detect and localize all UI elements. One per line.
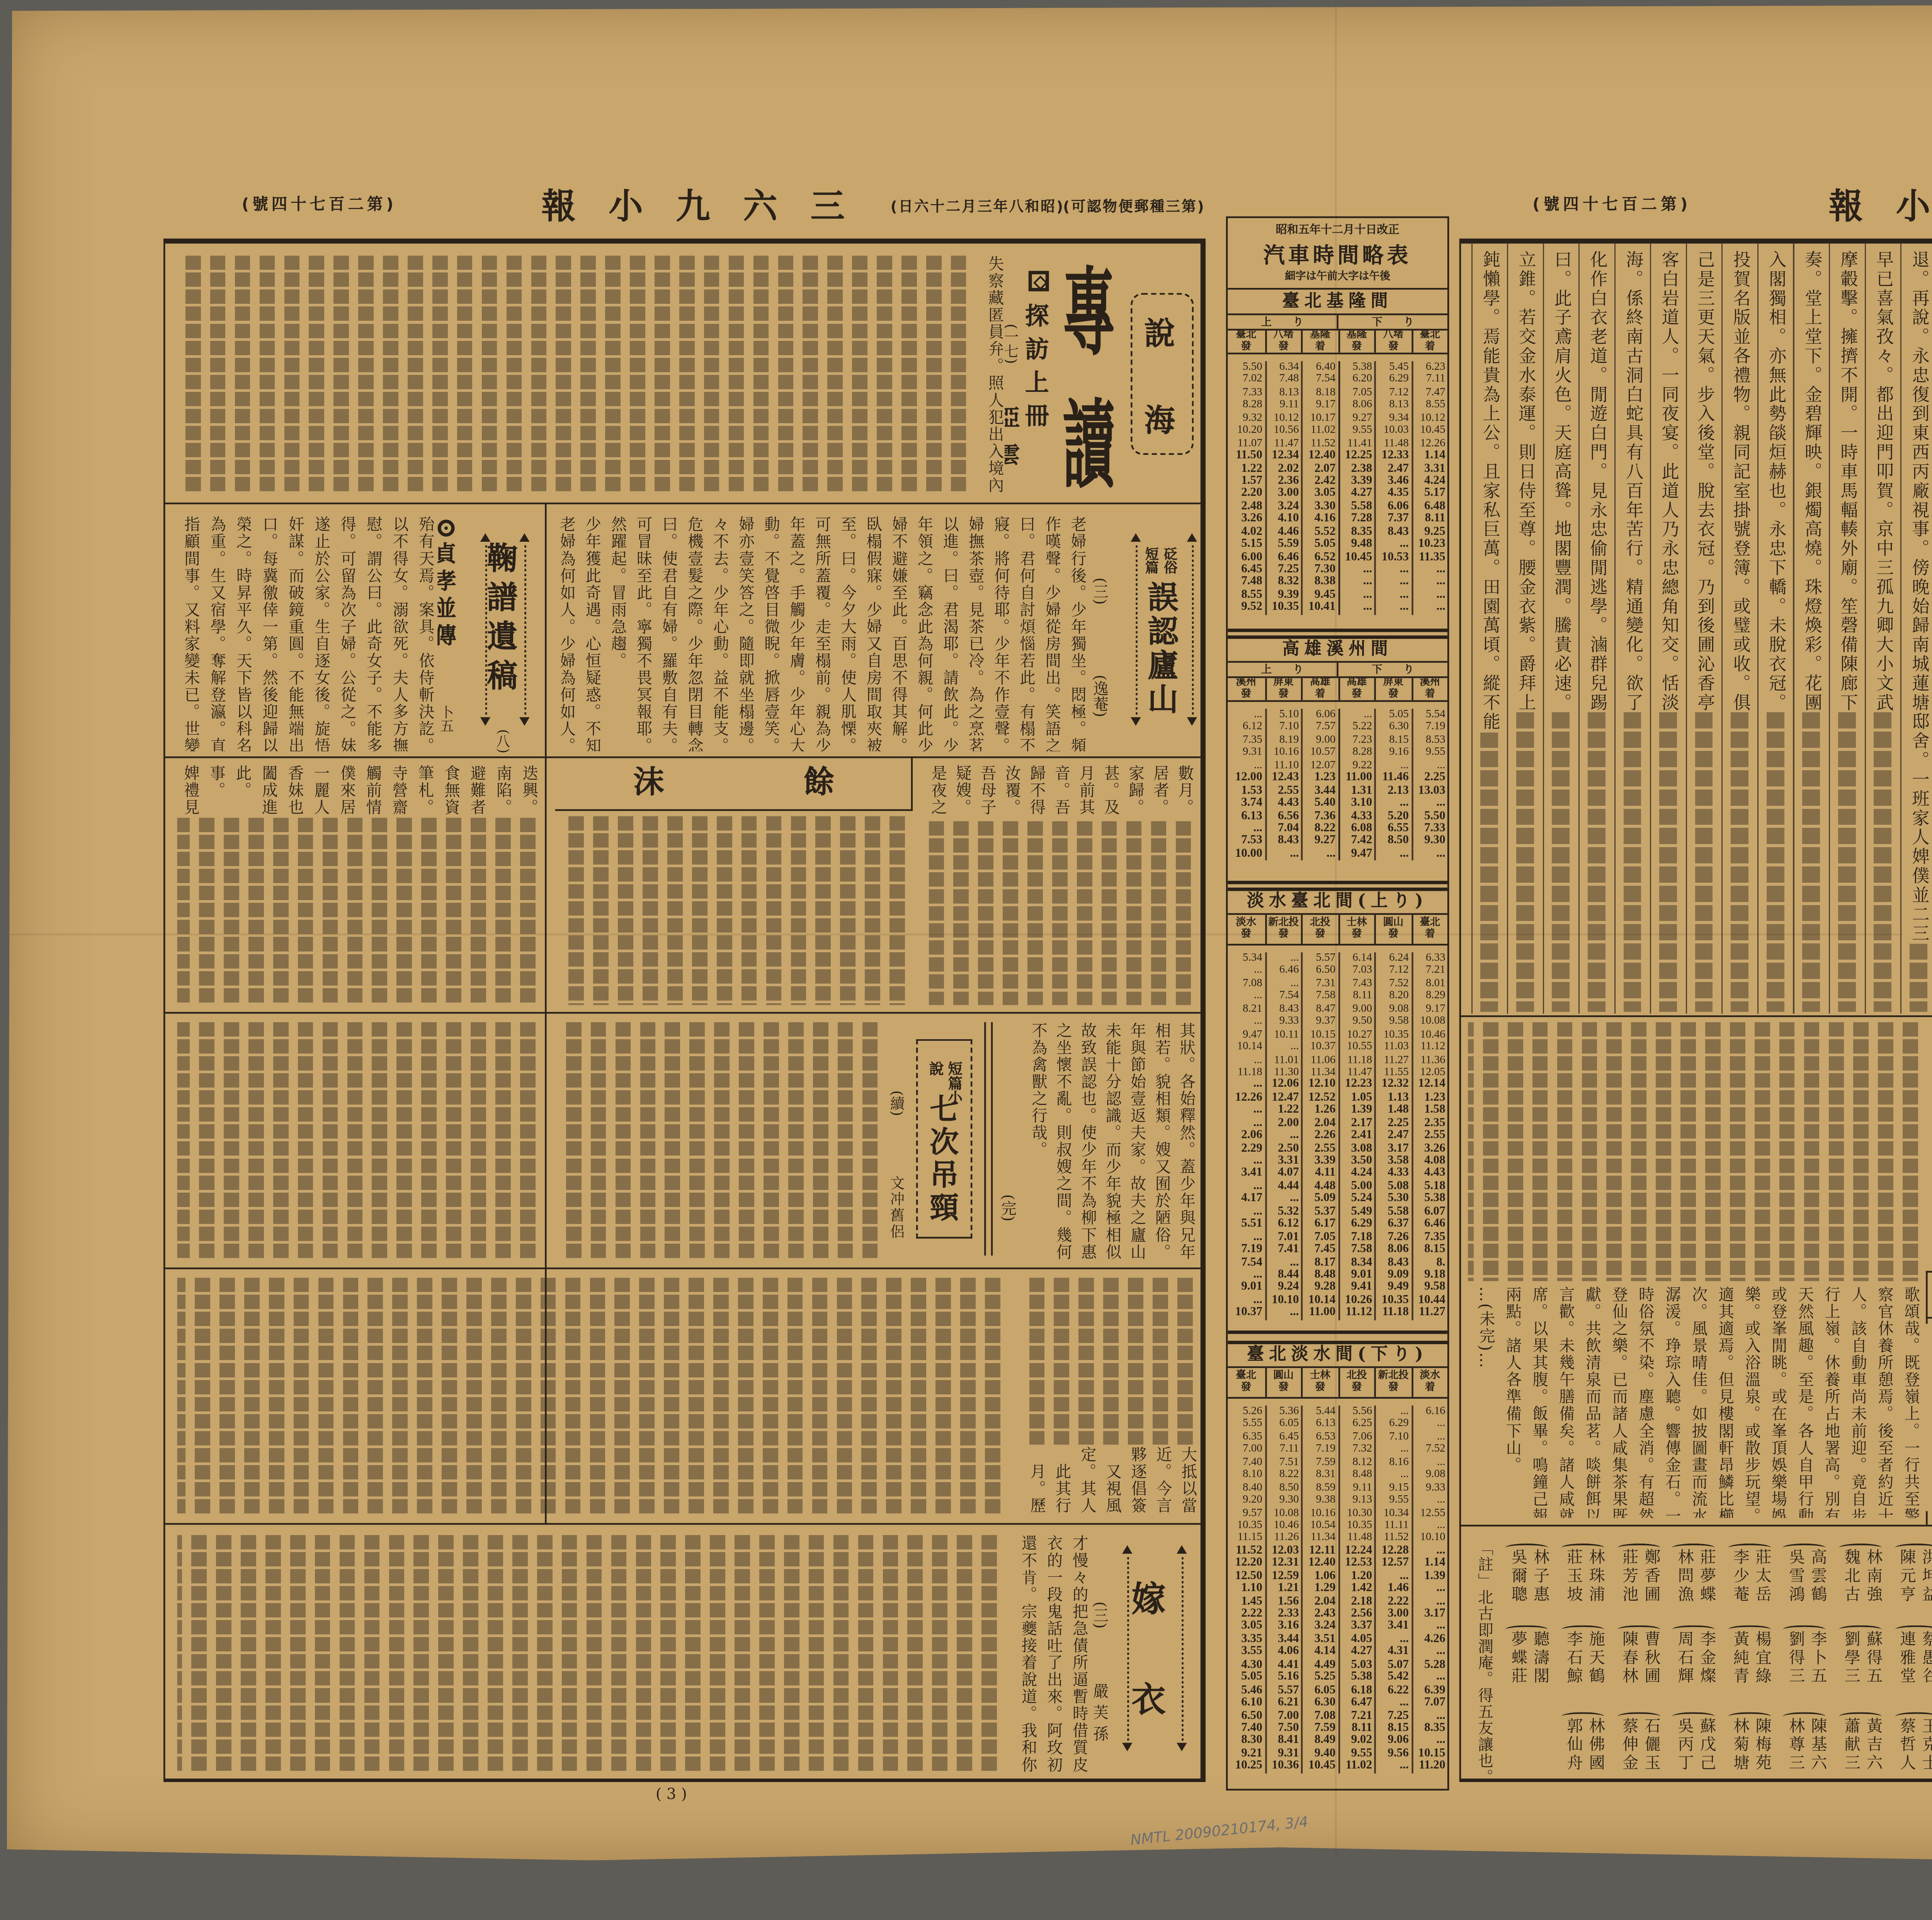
time-cell: 7.57 [1301,722,1338,734]
column-header-row: 淡水發新北投發北投發士林發圓山發臺北着 [1228,915,1447,945]
time-cell: ... [1374,1406,1411,1418]
time-cell: 3.00 [1264,488,1301,500]
person-name: 莊太岳 [1750,1549,1772,1604]
issue-number: (第二百七十四號) [1532,197,1687,214]
time-cell: 3.39 [1301,1155,1338,1168]
time-cell: 4.05 [1338,1634,1374,1646]
timetable-row: 8.408.508.599.119.159.33 [1228,1481,1447,1494]
time-cell: 7.10 [1264,722,1301,734]
timetable-row: 8.218.438.479.009.089.17 [1228,1003,1447,1016]
time-cell: 5.58 [1374,1206,1411,1219]
time-cell: 12.53 [1338,1557,1374,1570]
time-cell: 3.24 [1264,500,1301,513]
person-name: 李金燦 [1694,1631,1716,1686]
timetable-row: 10.00......9.47...... [1228,848,1447,861]
time-cell: 6.37 [1374,1219,1411,1231]
time-cell: 9.16 [1374,747,1411,759]
time-cell: ... [1228,709,1264,722]
name-pair: 楊宜綠黃純青 [1726,1631,1772,1692]
time-cell: ... [1411,848,1447,861]
time-cell: 12.24 [1338,1545,1374,1557]
header-line: 溪州 [1236,678,1256,689]
time-cell: 5.42 [1374,1671,1411,1684]
time-cell: 8.32 [1264,577,1301,589]
row-rule [1459,1525,1932,1526]
time-cell: 8.30 [1228,1735,1264,1748]
masthead-title: 三六九小報 [1829,187,1932,225]
time-cell: 9.30 [1411,836,1447,848]
person-name: 蔡愚谷 [1917,1631,1932,1686]
name-pair: 蘇得五劉學三 [1837,1631,1883,1692]
timetable-row: 3.053.163.243.373.41... [1228,1621,1447,1634]
time-cell: 9.33 [1264,1016,1301,1028]
time-cell: 6.50 [1301,965,1338,978]
time-cell: 9.11 [1264,399,1301,412]
time-cell: 6.53 [1301,1431,1338,1443]
time-cell: 8.35 [1338,526,1374,539]
time-cell: 10.55 [1338,1041,1374,1054]
column-header: 基隆發 [1338,330,1374,352]
timetable-row: 6.006.466.5210.4510.5311.35 [1228,551,1447,564]
time-cell: 10.16 [1264,747,1301,759]
text-column: 然躍起。冒雨急趨。 [604,516,629,670]
time-cell: 5.40 [1301,797,1338,810]
time-cell: 9.08 [1374,1003,1411,1016]
person-name: 吳雪鴻 [1783,1549,1805,1604]
time-cell: 12.20 [1228,1557,1264,1570]
time-cell: 3.74 [1228,797,1264,810]
time-cell: 3.00 [1374,1608,1411,1621]
time-cell: 5.26 [1228,1406,1264,1418]
time-cell: 11.12 [1411,1041,1447,1054]
person-name: 李少菴 [1728,1549,1750,1604]
header-line: 着 [1315,689,1325,700]
time-cell: 2.55 [1301,1142,1338,1155]
time-cell: 10.46 [1264,1520,1301,1532]
time-cell: 5.22 [1338,722,1374,734]
time-cell: 2.04 [1301,1117,1338,1130]
direction-row: 上 り下 り [1228,315,1447,331]
wurenlushan-title: 誤認廬山 [1144,581,1182,717]
timetable-row: 11.5012.3412.4012.2512.331.14 [1228,450,1447,463]
time-cell: 8.22 [1301,823,1338,836]
timetable-row: 3.353.443.514.05...4.26 [1228,1634,1447,1646]
time-cell: 8.28 [1338,747,1374,759]
timetable-row: 6.507.007.087.217.25... [1228,1710,1447,1723]
time-cell: 13.03 [1411,785,1447,798]
time-cell: 8.17 [1301,1256,1338,1269]
time-cell: 5.34 [1228,952,1264,965]
time-cell: 6.45 [1264,1431,1301,1443]
time-cell: 12.11 [1301,1545,1338,1557]
timetable-row: 7.358.199.007.238.158.53 [1228,734,1447,747]
time-cell: ... [1338,564,1374,577]
column-header: 士林發 [1301,1368,1338,1397]
time-cell: 4.16 [1301,513,1338,526]
wurenlushan-continued-block: 數月。居者。家歸。甚。及月前其音。吾歸不得汝覆。吾母子疑嫂。是夜之 [923,765,1195,823]
time-cell: ... [1411,797,1447,810]
person-name: 陳元亨 [1895,1549,1917,1604]
timetable-row: 2.222.332.432.563.003.17 [1228,1608,1447,1621]
time-cell: 3.05 [1228,1621,1264,1634]
text-column: 迭興。 [515,765,541,816]
time-cell: 6.23 [1411,361,1447,374]
time-cell: 6.12 [1228,722,1264,734]
time-cell: 12.05 [1411,1066,1447,1079]
time-cell: 11.15 [1228,1532,1264,1545]
yumo-heading: 餘沫 [633,765,834,802]
time-cell: 7.06 [1338,1431,1374,1443]
row-rule [163,1012,1206,1013]
time-cell: ... [1228,1206,1264,1219]
time-cell: 5.25 [1301,1671,1338,1684]
time-cell: 7.04 [1264,823,1301,836]
time-cell: 2.22 [1228,1608,1264,1621]
time-cell: 1.39 [1411,1570,1447,1583]
time-cell: ... [1411,577,1447,589]
text-column: 年與節始壹返夫家。故夫之廬山。 [1122,1022,1147,1261]
time-cell: 4.33 [1338,810,1374,823]
person-name: 高雲鶴 [1806,1549,1828,1604]
time-cell: ... [1228,1117,1264,1130]
time-cell: 10.57 [1301,747,1338,759]
name-pair: 莊太岳李少菴 [1726,1549,1772,1610]
triangle-down-icon [1187,717,1197,726]
header-line: 發 [1241,689,1251,700]
time-cell: ... [1374,797,1411,810]
time-cell: ... [1338,602,1374,614]
header-line: 臺北 [1236,1371,1256,1382]
time-cell: ... [1374,589,1411,602]
time-cell: 10.26 [1338,1294,1374,1307]
header-line: 發 [1278,689,1289,700]
time-cell: 9.00 [1301,734,1338,747]
timetable-row: 4.304.414.495.035.075.28 [1228,1659,1447,1671]
time-cell: 8.34 [1338,1256,1374,1269]
person-name: 周石輝 [1672,1631,1694,1686]
text-column: 老婦行後。少年獨坐。悶極。頻 [1063,516,1089,751]
time-cell: 7.54 [1228,1256,1264,1269]
time-cell: 6.46 [1264,551,1301,564]
timetable-row: 7.007.117.197.32...7.52 [1228,1443,1447,1456]
text-column: 或登峯閒眺。或在峯頂娛樂場娛 [1763,1286,1790,1518]
time-cell: 10.12 [1264,412,1301,425]
person-name: 魏北古 [1839,1549,1861,1604]
time-cell: 7.40 [1228,1722,1264,1735]
time-cell: 11.55 [1374,1066,1411,1079]
text-column: 歌頌哉。既登嶺上。一行共至警 [1896,1286,1923,1518]
time-cell: 7.45 [1301,1244,1338,1256]
time-cell: 5.38 [1338,1671,1374,1684]
time-cell: 10.03 [1374,424,1411,437]
person-name: 李石鯨 [1561,1631,1583,1686]
time-cell: 11.10 [1264,759,1301,772]
person-name: 蔡哲人 [1895,1717,1917,1772]
column-header: 基隆着 [1301,330,1338,352]
header-line: 臺北 [1236,330,1256,342]
timetable-row: ...11.0111.0611.1811.2711.36 [1228,1054,1447,1066]
time-cell: 9.17 [1301,399,1338,412]
canxia-text-block: 唐。楊太眞有義髻。今人沿之。有義眼。義齒。義手。義足之稱。豈古之所謂「義」。即今… [1923,1324,1932,1516]
time-cell: 10.34 [1374,1507,1411,1520]
time-cell: 3.26 [1228,513,1264,526]
time-cell: 4.06 [1264,1646,1301,1659]
direction-row: 上 り下 り [1228,663,1447,678]
text-column: 定。其人 [1072,1447,1097,1515]
time-cell: 12.32 [1374,1079,1411,1092]
time-cell: 5.07 [1374,1659,1411,1671]
time-cell: 1.45 [1228,1596,1264,1609]
time-cell: ... [1228,1079,1264,1092]
time-cell: 3.17 [1374,1142,1411,1155]
time-cell: 11.35 [1411,551,1447,564]
time-cell: 3.44 [1301,785,1338,798]
text-column: 兩點。諸人各準備下山。 [1497,1286,1524,1474]
time-cell: ... [1411,1621,1447,1634]
timetable-row: 5.516.126.176.296.376.46 [1228,1219,1447,1231]
illegible-text-texture [1468,1022,1923,1281]
time-cell: 6.24 [1374,952,1411,965]
timetable-tamsui-taipei-up: 淡水臺北間(上り)淡水發新北投發北投發士林發圓山發臺北着5.34...5.576… [1228,888,1447,1334]
time-cell: 6.21 [1264,1697,1301,1710]
time-cell: 5.05 [1228,1671,1264,1684]
time-cell: 3.26 [1411,1142,1447,1155]
person-name: 林子惠 [1528,1549,1550,1604]
illegible-text-texture [177,1278,1005,1515]
time-cell: 11.30 [1264,1066,1301,1079]
time-cell: 10.35 [1374,1028,1411,1041]
time-cell: 4.30 [1228,1659,1264,1671]
time-cell: 11.46 [1374,772,1411,785]
timetable-row: ...7.017.057.187.267.35 [1228,1231,1447,1244]
time-cell: 8.29 [1411,991,1447,1003]
time-cell: 8.47 [1301,1003,1338,1016]
time-cell: 3.30 [1301,500,1338,513]
column-header: 圓山發 [1374,915,1411,944]
jiayi-episode: (三) [1093,1602,1110,1629]
time-cell: 1.58 [1411,1105,1447,1117]
time-cell: 12.31 [1264,1557,1301,1570]
triangle-up-icon [1122,1545,1132,1554]
time-cell: 12.26 [1228,1092,1264,1105]
timetable-row: 6.136.567.364.335.205.50 [1228,810,1447,823]
column-header: 八堵發 [1374,330,1411,352]
time-cell: 7.08 [1228,978,1264,991]
column-header: 高雄發 [1338,678,1374,700]
name-pairs-tier: 王克士蔡哲人黃吉六蕭献三陳基六林尊三陳梅苑林菊塘蘇戊己吳丙丁石儷玉蔡伸金林佛國郭… [1468,1717,1932,1779]
name-pair: 蘇戊己吳丙丁 [1671,1717,1717,1779]
masthead-title: 三六九小報 [541,187,844,225]
time-cell: 4.17 [1228,1193,1264,1206]
column-header: 新北投發 [1264,915,1301,944]
time-cell: ... [1411,1418,1447,1431]
time-cell: 8.15 [1374,1722,1411,1735]
time-cell: 6.29 [1338,1219,1374,1231]
timetable-body: ...5.106.06...5.055.546.127.107.575.226.… [1228,702,1447,880]
time-cell: 4.10 [1264,513,1301,526]
text-column: 適其適焉。但見樓閣軒昂鱗比櫛 [1710,1286,1736,1518]
end-mark: (完) [1001,1194,1018,1222]
text-column: 又視風 [1097,1464,1122,1515]
person-name: 鄭香圃 [1639,1549,1661,1604]
time-cell: 7.26 [1374,1231,1411,1244]
text-column: 南陷。 [488,765,514,816]
timetable-row: 6.356.456.537.067.10... [1228,1431,1447,1443]
person-name: 石儷玉 [1639,1717,1661,1772]
time-cell: 1.14 [1411,450,1447,463]
time-cell: 7.53 [1228,836,1264,848]
time-cell: 9.49 [1374,1282,1411,1295]
time-cell: 2.50 [1264,1142,1301,1155]
time-cell: 4.43 [1411,1168,1447,1181]
illegible-text-texture [177,1535,1001,1772]
text-column: 摩轂擊。擁擠不開。一時車馬輻輳外廟。笙磬備陳廊下 [1830,250,1862,713]
time-cell: 9.06 [1374,1735,1411,1748]
timetable-row: 9.4710.1110.1510.2710.3510.46 [1228,1028,1447,1041]
timetable-row: 1.451.562.042.182.22... [1228,1596,1447,1609]
text-column: 遂止於公家。生自逐女後。旋悟 [307,516,333,751]
time-cell: 2.25 [1411,772,1447,785]
time-cell: 2.55 [1264,785,1301,798]
time-cell: 6.56 [1264,810,1301,823]
person-name: 郭仙舟 [1561,1717,1583,1772]
text-column: 闔成進 [254,765,280,816]
time-cell: 11.47 [1264,437,1301,450]
time-cell: 9.57 [1228,1507,1264,1520]
time-cell: 6.00 [1228,551,1264,564]
person-name: 王克士 [1917,1717,1932,1772]
header-line: 圓山 [1383,918,1403,929]
time-cell: 8.53 [1411,734,1447,747]
time-cell: 9.33 [1411,1481,1447,1494]
time-cell: 12.03 [1264,1545,1301,1557]
time-cell: 3.55 [1228,1646,1264,1659]
time-cell: 4.33 [1374,1168,1411,1181]
text-column: 察官休養所憩焉。後至者約近十 [1869,1286,1896,1518]
time-cell: 8.20 [1374,991,1411,1003]
name-pair: 林南強魏北古 [1837,1549,1883,1610]
wurenlushan-author: (逸菴) [1092,675,1110,717]
time-cell: 7.32 [1338,1443,1374,1456]
text-column: 危機壹髮之際。少年忽閉目轉念 [680,516,706,751]
time-cell: 7.10 [1374,1431,1411,1443]
square-mark-icon [1029,271,1049,291]
time-cell: 6.16 [1411,1406,1447,1418]
jupu-subtitle: 貞孝並傳 [436,542,458,651]
time-cell: 7.48 [1264,374,1301,386]
time-cell: ... [1228,1294,1264,1307]
time-cell: 1.56 [1264,1596,1301,1609]
time-cell: 1.48 [1374,1105,1411,1117]
time-cell: 8.50 [1264,1481,1301,1494]
timetable-row: 7.338.138.187.057.127.47 [1228,386,1447,399]
time-cell: 12.14 [1411,1079,1447,1092]
illegible-text-texture [562,816,909,1005]
time-cell: ... [1411,1646,1447,1659]
person-name: 蔡伸金 [1617,1717,1639,1772]
time-cell: 9.55 [1374,1494,1411,1507]
time-cell: 9.21 [1228,1748,1264,1760]
timetable-row: 3.264.104.167.287.378.11 [1228,513,1447,526]
time-cell: 5.03 [1338,1659,1374,1671]
time-cell: 6.20 [1338,374,1374,386]
time-cell: 4.14 [1301,1646,1338,1659]
text-column: 夥逐倡簽 [1122,1447,1148,1515]
person-name: 吳丙丁 [1672,1717,1694,1772]
timetable-body: 5.34...5.576.146.246.33...6.466.507.037.… [1228,946,1447,1331]
time-cell: 5.08 [1374,1180,1411,1193]
circle-mark-icon [438,519,455,536]
header-line: 圓山 [1273,1371,1294,1382]
time-cell: 6.05 [1301,1684,1338,1697]
person-name: 楊宜綠 [1750,1631,1772,1686]
time-cell: ... [1228,1231,1264,1244]
time-cell: 7.59 [1301,1722,1338,1735]
time-cell: 2.26 [1301,1130,1338,1142]
timetable-row: 10.14...10.3710.5511.0311.12 [1228,1041,1447,1054]
time-cell: 1.14 [1411,1557,1447,1570]
timetable-taipei-tamsui-down: 臺北淡水間(下り)臺北發圓山發士林發北投發新北投發淡水着5.265.365.44… [1228,1341,1447,1787]
text-column: 登仙之樂。已而諸人咸集茶果既 [1604,1286,1630,1518]
time-cell: 11.48 [1338,1532,1374,1545]
text-column: 至。曰。今夕大雨。使人肌慄。不 [833,516,859,751]
time-cell: 9.20 [1228,1494,1264,1507]
person-name: 莊玉坡 [1561,1549,1583,1604]
time-cell: 5.30 [1374,1193,1411,1206]
text-column: 大抵以當 [1173,1447,1198,1515]
time-cell: 1.46 [1374,1583,1411,1596]
table-title: 臺北基隆間 [1228,291,1447,315]
text-column: 時俗氛不染。塵慮全消。有超然 [1630,1286,1657,1518]
time-cell: 7.00 [1264,1710,1301,1723]
person-name: 李卜五 [1806,1631,1828,1686]
time-cell: 4.43 [1264,797,1301,810]
time-cell: 3.16 [1264,1621,1301,1634]
time-cell: 6.47 [1338,1697,1374,1710]
timetable-row: 8.289.119.178.068.138.55 [1228,399,1447,412]
time-cell: 9.34 [1374,412,1411,425]
text-column: 之變態。而為偽父偽子。 [1923,1324,1932,1511]
time-cell: 9.25 [1411,526,1447,539]
person-name: 黃吉六 [1861,1717,1883,1772]
time-cell: ... [1264,1193,1301,1206]
header-line: 臺北 [1420,918,1440,929]
time-cell: 4.24 [1338,1168,1374,1181]
time-cell: 9.37 [1301,1016,1338,1028]
person-name: 黃純青 [1728,1631,1750,1686]
time-cell: 1.23 [1411,1092,1447,1105]
page-number: ( 3 ) [656,1787,687,1804]
timetable-row: 1.532.553.441.312.1313.03 [1228,785,1447,798]
time-cell: 10.20 [1228,424,1264,437]
header-line: 北投 [1347,1371,1367,1382]
text-column: 不為禽獸之行哉。 [1024,1022,1048,1159]
time-cell: 3.24 [1301,1621,1338,1634]
text-column: 婦亦壹笑答之。隨即就坐榻邊。久 [731,516,757,751]
time-cell: 7.28 [1338,513,1374,526]
text-column: 曰。此子鳶肩火色。天庭高聳。地閣豐潤。騰貴必速。 [1544,250,1576,713]
person-name: 莊夢蝶 [1694,1549,1716,1604]
time-cell: 2.20 [1228,488,1264,500]
text-column: 甚。及 [1096,765,1121,816]
time-cell: 10.41 [1301,602,1338,614]
time-cell: 6.06 [1301,709,1338,722]
time-cell: 5.10 [1264,709,1301,722]
time-cell: 5.46 [1228,1684,1264,1697]
time-cell: 5.32 [1264,1206,1301,1219]
text-column: 數月。 [1170,765,1195,816]
text-column: 以進。曰。君渴耶。請飲此。少 [936,516,961,751]
